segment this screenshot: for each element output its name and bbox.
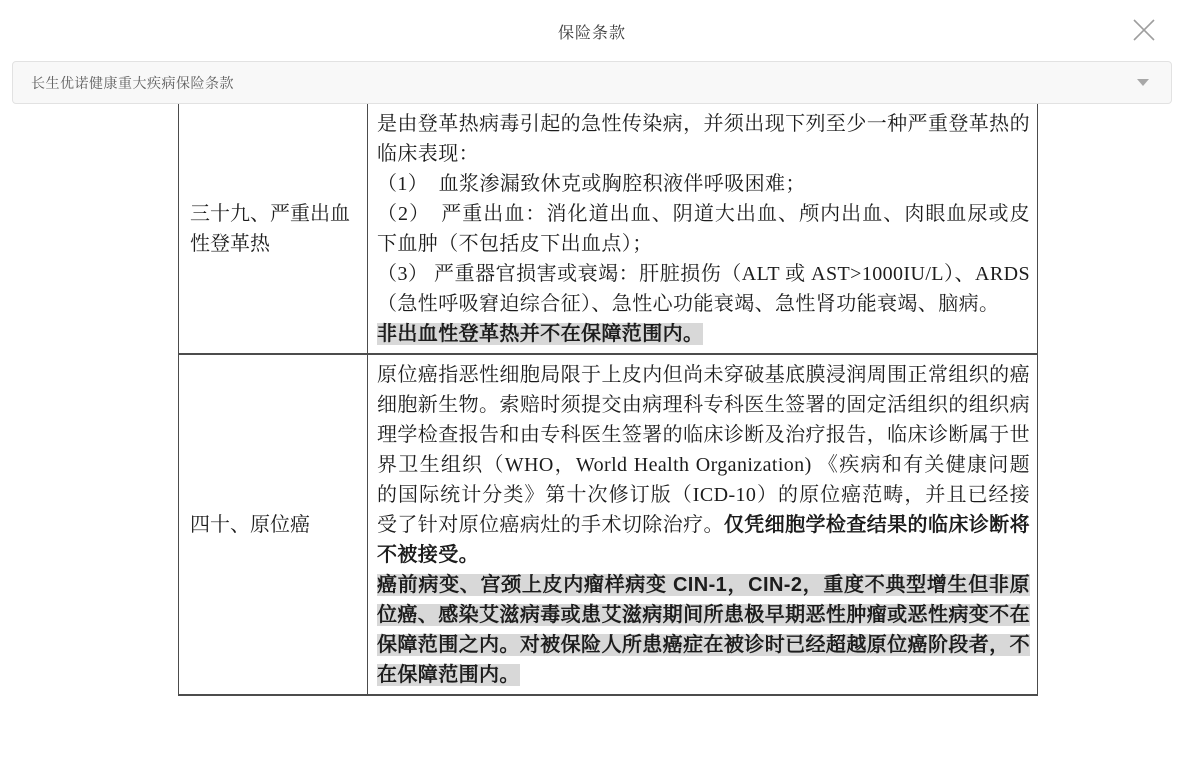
- table-row: 三十九、严重出血性登革热是由登革热病毒引起的急性传染病，并须出现下列至少一种严重…: [179, 104, 1038, 354]
- chevron-down-icon: [1137, 79, 1149, 86]
- term-definition-cell: 原位癌指恶性细胞局限于上皮内但尚未穿破基底膜浸润周围正常组织的癌细胞新生物。索赔…: [368, 354, 1038, 695]
- term-definition-cell: 是由登革热病毒引起的急性传染病，并须出现下列至少一种严重登革热的临床表现：（1）…: [368, 104, 1038, 354]
- terms-select-value: 长生优诺健康重大疾病保险条款: [13, 73, 1137, 93]
- table-row: 四十、原位癌原位癌指恶性细胞局限于上皮内但尚未穿破基底膜浸润周围正常组织的癌细胞…: [179, 354, 1038, 695]
- close-icon[interactable]: [1130, 16, 1158, 44]
- close-icon-glyph: [1131, 17, 1157, 43]
- definition-segment-highlight: 非出血性登革热并不在保障范围内。: [377, 323, 703, 345]
- page-title: 保险条款: [0, 20, 1184, 43]
- terms-table-container: 三十九、严重出血性登革热是由登革热病毒引起的急性传染病，并须出现下列至少一种严重…: [178, 104, 1037, 696]
- terms-table: 三十九、严重出血性登革热是由登革热病毒引起的急性传染病，并须出现下列至少一种严重…: [178, 104, 1038, 696]
- term-name-cell: 三十九、严重出血性登革热: [179, 104, 368, 354]
- term-name-cell: 四十、原位癌: [179, 354, 368, 695]
- definition-segment-normal: 原位癌指恶性细胞局限于上皮内但尚未穿破基底膜浸润周围正常组织的癌细胞新生物。索赔…: [377, 364, 1030, 536]
- definition-segment-highlight: 癌前病变、宫颈上皮内瘤样病变 CIN-1，CIN-2，重度不典型增生但非原位癌、…: [377, 574, 1030, 686]
- terms-select[interactable]: 长生优诺健康重大疾病保险条款: [12, 61, 1172, 104]
- definition-segment-normal: 是由登革热病毒引起的急性传染病，并须出现下列至少一种严重登革热的临床表现：（1）…: [377, 113, 1030, 315]
